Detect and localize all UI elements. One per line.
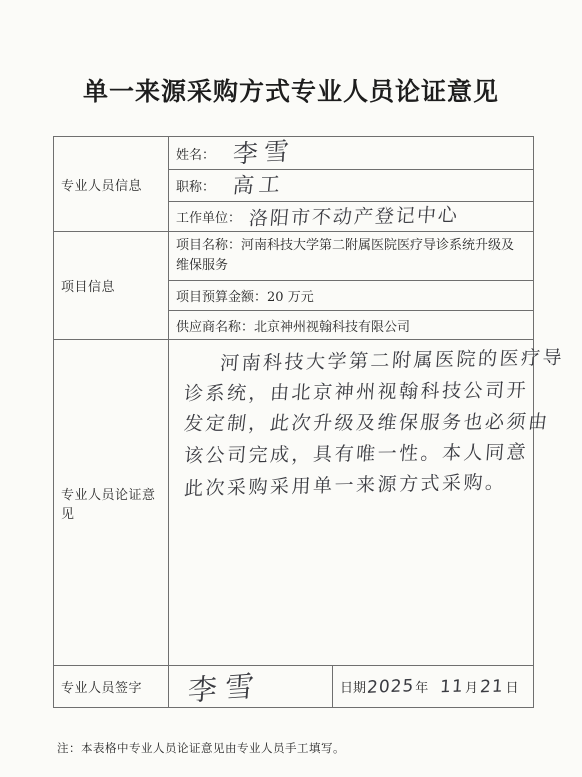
opinion-cell: 河南科技大学第二附属医院的医疗导 诊系统，由北京神州视翰科技公司开 发定制，此次…: [169, 340, 534, 666]
personnel-section-label: 专业人员信息: [61, 179, 142, 194]
name-cell: 姓名： 李雪: [169, 137, 534, 170]
date-year-suffix: 年: [415, 677, 428, 696]
date-day-suffix: 日: [506, 677, 519, 696]
row-name: 专业人员信息 姓名： 李雪: [54, 137, 534, 170]
opinion-section-label: 专业人员论证意见: [61, 488, 156, 522]
row-project-name: 项目信息 项目名称：河南科技大学第二附属医院医疗导诊系统升级及维保服务: [54, 232, 534, 281]
project-name-cell: 项目名称：河南科技大学第二附属医院医疗导诊系统升级及维保服务: [169, 232, 534, 281]
opinion-handwritten-text: 河南科技大学第二附属医院的医疗导 诊系统，由北京神州视翰科技公司开 发定制，此次…: [176, 340, 568, 501]
footer-note: 注：本表格中专业人员论证意见由专业人员手工填写。: [57, 740, 345, 756]
date-day-handwritten: 21: [479, 676, 504, 697]
project-budget-value: 20 万元: [267, 286, 314, 305]
work-unit-label: 工作单位：: [176, 207, 241, 226]
job-title-cell: 职称： 高工: [169, 170, 534, 202]
project-budget-label: 项目预算金额：: [176, 286, 267, 305]
section-project-info: 项目信息: [54, 232, 169, 340]
section-opinion: 专业人员论证意见: [54, 340, 169, 666]
project-budget-cell: 项目预算金额： 20 万元: [169, 281, 534, 311]
opinion-line: 诊系统，由北京神州视翰科技公司开: [183, 375, 565, 410]
date-month-suffix: 月: [465, 677, 478, 696]
date-month-handwritten: 11: [440, 676, 465, 697]
work-unit-cell: 工作单位： 洛阳市不动产登记中心: [169, 202, 534, 232]
opinion-line: 此次采购采用单一来源方式采购。: [183, 466, 564, 505]
project-section-label: 项目信息: [61, 280, 115, 295]
row-signature: 专业人员签字 李雪 日期 2025 年 11 月 21 日: [54, 666, 534, 708]
section-personnel-info: 专业人员信息: [54, 137, 169, 232]
form-table: 专业人员信息 姓名： 李雪 职称： 高工 工作单位： 洛阳市不动产: [53, 136, 534, 708]
work-unit-handwritten-value: 洛阳市不动产登记中心: [248, 200, 460, 231]
scanned-form-page: { "page": { "title": "单一来源采购方式专业人员论证意见",…: [0, 0, 582, 777]
date-year-handwritten: 2025: [366, 676, 415, 698]
supplier-cell: 供应商名称： 北京神州视翰科技有限公司: [169, 311, 534, 340]
date-prefix-label: 日期: [340, 677, 366, 696]
job-title-label: 职称：: [176, 176, 215, 195]
opinion-line: 发定制，此次升级及维保服务也必须由: [182, 407, 566, 440]
name-label: 姓名：: [176, 144, 215, 163]
signature-handwritten-value: 李雪: [187, 663, 264, 709]
job-title-handwritten-value: 高工: [231, 168, 286, 200]
signature-section-label: 专业人员签字: [61, 681, 142, 696]
row-opinion: 专业人员论证意见 河南科技大学第二附属医院的医疗导 诊系统，由北京神州视翰科技公…: [54, 340, 534, 666]
supplier-label: 供应商名称：: [176, 316, 254, 335]
name-handwritten-value: 李雪: [232, 131, 296, 170]
section-signature: 专业人员签字: [54, 666, 169, 708]
supplier-value: 北京神州视翰科技有限公司: [254, 316, 410, 335]
document-title: 单一来源采购方式专业人员论证意见: [0, 72, 582, 108]
project-name-label: 项目名称：: [176, 238, 241, 253]
signature-cell: 李雪: [169, 666, 333, 708]
date-cell: 日期 2025 年 11 月 21 日: [333, 666, 534, 708]
